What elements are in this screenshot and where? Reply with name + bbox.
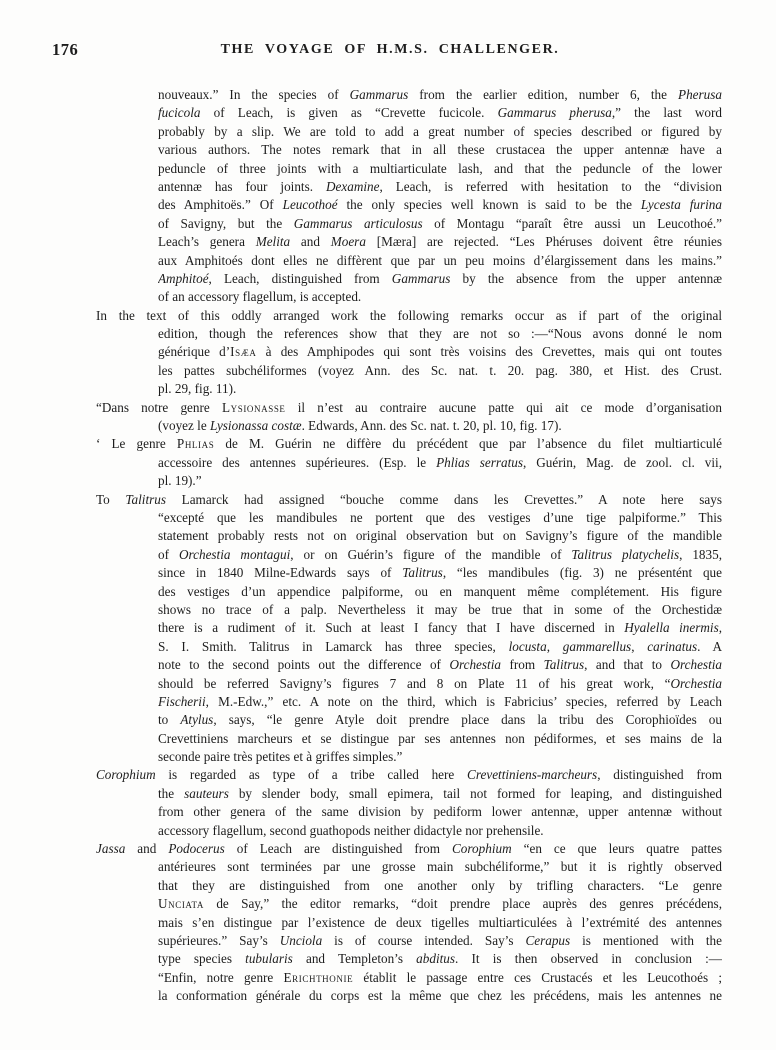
paragraph: nouveaux.” In the species of Gammarus fr…: [96, 86, 722, 307]
text-line: pl. 19).”: [158, 472, 722, 490]
taxon-name-italic: Talitrus platychelis: [571, 547, 679, 562]
text-line: seconde paire très petites et à griffes …: [158, 748, 722, 766]
text-line: the sauteurs by slender body, small epim…: [158, 785, 722, 803]
taxon-name-italic: Podocerus: [168, 841, 224, 856]
paragraph: To Talitrus Lamarck had assigned “bouche…: [96, 491, 722, 767]
book-page-scan: 176 THE VOYAGE OF H.M.S. CHALLENGER. nou…: [0, 0, 776, 1050]
paragraph: In the text of this oddly arranged work …: [96, 307, 722, 399]
text-line: to Atylus, says, “le genre Atyle doit pr…: [158, 711, 722, 729]
taxon-name-italic: Gammarus pherusa: [498, 105, 612, 120]
text-line: probably by a slip. We are told to add a…: [158, 123, 722, 141]
text-line: des vestiges d’un appendice palpiforme, …: [158, 583, 722, 601]
taxon-name-italic: fucicola: [158, 105, 200, 120]
text-line: shows no trace of a palp. Nevertheless i…: [158, 601, 722, 619]
genus-small-caps: Lysionasse: [222, 400, 286, 415]
text-line: antennæ has four joints. Dexamine, Leach…: [158, 178, 722, 196]
text-line: of Orchestia montagui, or on Guérin’s fi…: [158, 546, 722, 564]
text-line: that they are distinguished from one ano…: [158, 877, 722, 895]
genus-small-caps: Unciata: [158, 896, 204, 911]
taxon-name-italic: Leucothoé: [283, 197, 338, 212]
text-line: Fischerii, M.-Edw.,” etc. A note on the …: [158, 693, 722, 711]
text-line: accessory flagellum, second guathopods n…: [158, 822, 722, 840]
taxon-name-italic: Unciola: [280, 933, 323, 948]
text-line: les pattes subchéliformes (voyez Ann. de…: [158, 362, 722, 380]
taxon-name-italic: Fischerii: [158, 694, 206, 709]
taxon-name-italic: Pherusa: [678, 87, 722, 102]
genus-small-caps: Isæa: [230, 344, 256, 359]
text-line: since in 1840 Milne-Edwards says of Tali…: [158, 564, 722, 582]
page-number: 176: [52, 40, 78, 60]
text-line: mais s’en distingue par l’existence de d…: [158, 914, 722, 932]
taxon-name-italic: Orchestia: [670, 657, 722, 672]
taxon-name-italic: sauteurs: [184, 786, 229, 801]
taxon-name-italic: abditus: [416, 951, 455, 966]
text-line: Jassa and Podocerus of Leach are disting…: [96, 840, 722, 858]
text-line: type species tubularis and Templeton’s a…: [158, 950, 722, 968]
taxon-name-italic: Corophium: [96, 767, 156, 782]
text-line: supérieures.” Say’s Unciola is of course…: [158, 932, 722, 950]
text-line: there is a rudiment of it. Such at least…: [158, 619, 722, 637]
paragraph: Jassa and Podocerus of Leach are disting…: [96, 840, 722, 1006]
text-line: Leach’s genera Melita and Moera [Mæra] a…: [158, 233, 722, 251]
taxon-name-italic: Amphitoé: [158, 271, 209, 286]
text-line: aux Amphitoés dont elles ne diffèrent qu…: [158, 252, 722, 270]
text-line: nouveaux.” In the species of Gammarus fr…: [158, 86, 722, 104]
taxon-name-italic: Orchestia montagui: [179, 547, 290, 562]
taxon-name-italic: Gammarus articulosus: [294, 216, 423, 231]
running-title: THE VOYAGE OF H.M.S. CHALLENGER.: [95, 42, 685, 58]
taxon-name-italic: Melita: [256, 234, 290, 249]
taxon-name-italic: Orchestia: [670, 676, 722, 691]
text-line: various authors. The notes remark that i…: [158, 141, 722, 159]
taxon-name-italic: Dexamine: [326, 179, 379, 194]
taxon-name-italic: Talitrus: [544, 657, 585, 672]
taxon-name-italic: Lycesta furina: [641, 197, 722, 212]
taxon-name-italic: locusta: [509, 639, 547, 654]
taxon-name-italic: Gammarus: [392, 271, 451, 286]
text-line: statement probably rests not on original…: [158, 527, 722, 545]
taxon-name-italic: gammarellus: [563, 639, 631, 654]
taxon-name-italic: Jassa: [96, 841, 125, 856]
text-line: “excepté que les mandibules ne portent q…: [158, 509, 722, 527]
text-line: Corophium is regarded as type of a tribe…: [96, 766, 722, 784]
text-line: To Talitrus Lamarck had assigned “bouche…: [96, 491, 722, 509]
text-line: pl. 29, fig. 11).: [158, 380, 722, 398]
text-line: of Savigny, but the Gammarus articulosus…: [158, 215, 722, 233]
text-line: “Enfin, notre genre Erichthonie établit …: [158, 969, 722, 987]
genus-small-caps: Erichthonie: [284, 970, 354, 985]
taxon-name-italic: Hyalella inermis: [624, 620, 719, 635]
taxon-name-italic: Gammarus: [350, 87, 409, 102]
taxon-name-italic: Atylus: [180, 712, 213, 727]
taxon-name-italic: Talitrus: [125, 492, 166, 507]
taxon-name-italic: Crevettiniens-marcheurs: [467, 767, 597, 782]
paragraph: ‘ Le genre Phlias de M. Guérin ne diffèr…: [96, 435, 722, 490]
taxon-name-italic: Lysionassa costæ: [210, 418, 302, 433]
genus-small-caps: Phlias: [177, 436, 214, 451]
text-line: Amphitoé, Leach, distinguished from Gamm…: [158, 270, 722, 288]
page-body: nouveaux.” In the species of Gammarus fr…: [96, 86, 722, 1006]
taxon-name-italic: Corophium: [452, 841, 512, 856]
taxon-name-italic: Phlias serratus: [436, 455, 523, 470]
taxon-name-italic: Cerapus: [525, 933, 570, 948]
text-line: Crevettiniens marcheurs et se distingue …: [158, 730, 722, 748]
text-line: of an accessory flagellum, is accepted.: [158, 288, 722, 306]
taxon-name-italic: tubularis: [245, 951, 293, 966]
page-header: 176 THE VOYAGE OF H.M.S. CHALLENGER.: [0, 40, 776, 62]
text-line: note to the second points out the differ…: [158, 656, 722, 674]
text-line: edition, though the references show that…: [158, 325, 722, 343]
taxon-name-italic: carinatus: [647, 639, 697, 654]
text-line: générique d’Isæa à des Amphipodes qui so…: [158, 343, 722, 361]
text-line: (voyez le Lysionassa costæ. Edwards, Ann…: [158, 417, 722, 435]
text-line: des Amphitoës.” Of Leucothoé the only sp…: [158, 196, 722, 214]
taxon-name-italic: Moera: [331, 234, 366, 249]
text-line: ‘ Le genre Phlias de M. Guérin ne diffèr…: [96, 435, 722, 453]
text-line: la conformation générale du corps est la…: [158, 987, 722, 1005]
text-line: fucicola of Leach, is given as “Crevette…: [158, 104, 722, 122]
text-line: In the text of this oddly arranged work …: [96, 307, 722, 325]
text-line: “Dans notre genre Lysionasse il n’est au…: [96, 399, 722, 417]
text-line: peduncle of three joints with a multiart…: [158, 160, 722, 178]
text-line: from other genera of the same division b…: [158, 803, 722, 821]
text-line: should be referred Savigny’s figures 7 a…: [158, 675, 722, 693]
paragraph: “Dans notre genre Lysionasse il n’est au…: [96, 399, 722, 436]
taxon-name-italic: Talitrus: [402, 565, 443, 580]
text-line: Unciata de Say,” the editor remarks, “do…: [158, 895, 722, 913]
text-line: antérieures sont terminées par une gross…: [158, 858, 722, 876]
paragraph: Corophium is regarded as type of a tribe…: [96, 766, 722, 840]
text-line: S. I. Smith. Talitrus in Lamarck has thr…: [158, 638, 722, 656]
text-line: accessoire des antennes supérieures. (Es…: [158, 454, 722, 472]
taxon-name-italic: Orchestia: [449, 657, 501, 672]
